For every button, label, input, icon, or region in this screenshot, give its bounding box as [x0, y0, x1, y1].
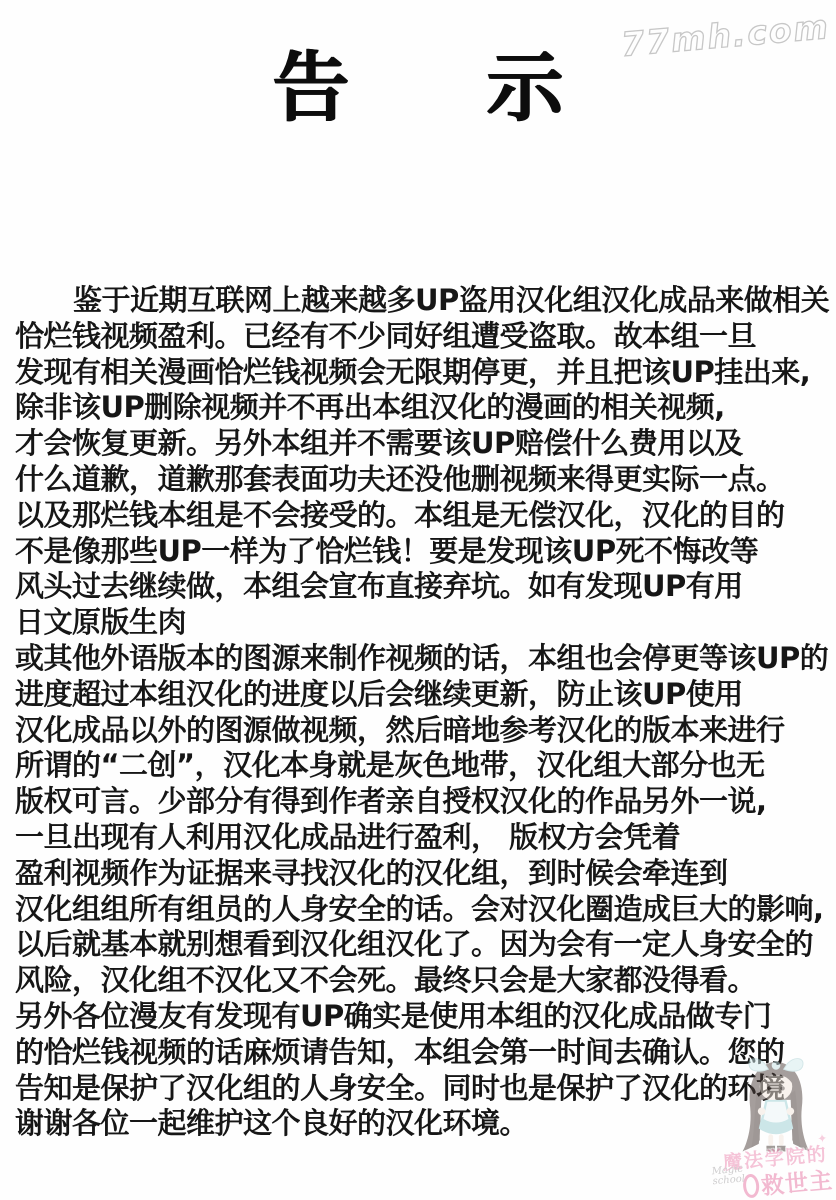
- notice-body: 鉴于近期互联网上越来越多UP盗用汉化组汉化成品来做相关 恰烂钱视频盈利。已经有不…: [15, 283, 826, 1142]
- title-char-gao: 告: [273, 50, 349, 126]
- notice-line: 所谓的“二创”，汉化本身就是灰色地带，汉化组大部分也无: [15, 748, 826, 784]
- notice-line: 另外各位漫友有发现有UP确实是使用本组的汉化成品做专门: [15, 999, 826, 1035]
- notice-line: 恰烂钱视频盈利。已经有不少同好组遭受盗取。故本组一旦: [15, 319, 826, 355]
- notice-line: 的恰烂钱视频的话麻烦请告知，本组会第一时间去确认。您的: [15, 1035, 826, 1071]
- notice-line: 发现有相关漫画恰烂钱视频会无限期停更，并且把该UP挂出来,: [15, 355, 826, 391]
- notice-line: 版权可言。少部分有得到作者亲自授权汉化的作品另外一说,: [15, 784, 826, 820]
- notice-line: 汉化成品以外的图源做视频，然后暗地参考汉化的版本来进行: [15, 713, 826, 749]
- notice-line: 日文原版生肉: [15, 605, 826, 641]
- notice-line: 才会恢复更新。另外本组并不需要该UP赔偿什么费用以及: [15, 426, 826, 462]
- group-logo: ✦ 魔法学院的 救世主 Magic school: [712, 1139, 834, 1200]
- notice-line: 或其他外语版本的图源来制作视频的话，本组也会停更等该UP的: [15, 641, 826, 677]
- logo-circle-icon: [742, 1173, 760, 1198]
- notice-line: 进度超过本组汉化的进度以后会继续更新，防止该UP使用: [15, 677, 826, 713]
- notice-line: 风头过去继续做，本组会宣布直接弃坑。如有发现UP有用: [15, 569, 826, 605]
- notice-page: 77mh.com 告 示 鉴于近期互联网上越来越多UP盗用汉化组汉化成品来做相关…: [0, 0, 836, 1200]
- notice-line: 风险，汉化组不汉化又不会死。最终只会是大家都没得看。: [15, 963, 826, 999]
- notice-line: 以及那烂钱本组是不会接受的。本组是无偿汉化，汉化的目的: [15, 498, 826, 534]
- notice-line: 鉴于近期互联网上越来越多UP盗用汉化组汉化成品来做相关: [15, 283, 826, 319]
- group-logo-line2-text: 救世主: [760, 1162, 835, 1200]
- notice-line: 谢谢各位一起维护这个良好的汉化环境。: [15, 1106, 826, 1142]
- page-title: 告 示: [0, 50, 836, 126]
- notice-line: 以后就基本就别想看到汉化组汉化了。因为会有一定人身安全的: [15, 927, 826, 963]
- notice-line: 一旦出现有人利用汉化成品进行盈利， 版权方会凭着: [15, 820, 826, 856]
- group-logo-script: Magic school: [711, 1165, 745, 1188]
- notice-line: 除非该UP删除视频并不再出本组汉化的漫画的相关视频,: [15, 390, 826, 426]
- notice-line: 什么道歉，道歉那套表面功夫还没他删视频来得更实际一点。: [15, 462, 826, 498]
- notice-line: 告知是保护了汉化组的人身安全。同时也是保护了汉化的环境: [15, 1071, 826, 1107]
- notice-line: 不是像那些UP一样为了恰烂钱！要是发现该UP死不悔改等: [15, 534, 826, 570]
- group-logo-script-top: Magic: [711, 1165, 744, 1178]
- group-logo-line1: 魔法学院的: [722, 1139, 832, 1175]
- title-char-shi: 示: [487, 50, 563, 126]
- group-logo-line2: 救世主: [742, 1162, 835, 1200]
- notice-line: 盈利视频作为证据来寻找汉化的汉化组，到时候会牵连到: [15, 856, 826, 892]
- notice-line: 汉化组组所有组员的人身安全的话。会对汉化圈造成巨大的影响,: [15, 892, 826, 928]
- group-logo-script-bottom: school: [712, 1174, 745, 1187]
